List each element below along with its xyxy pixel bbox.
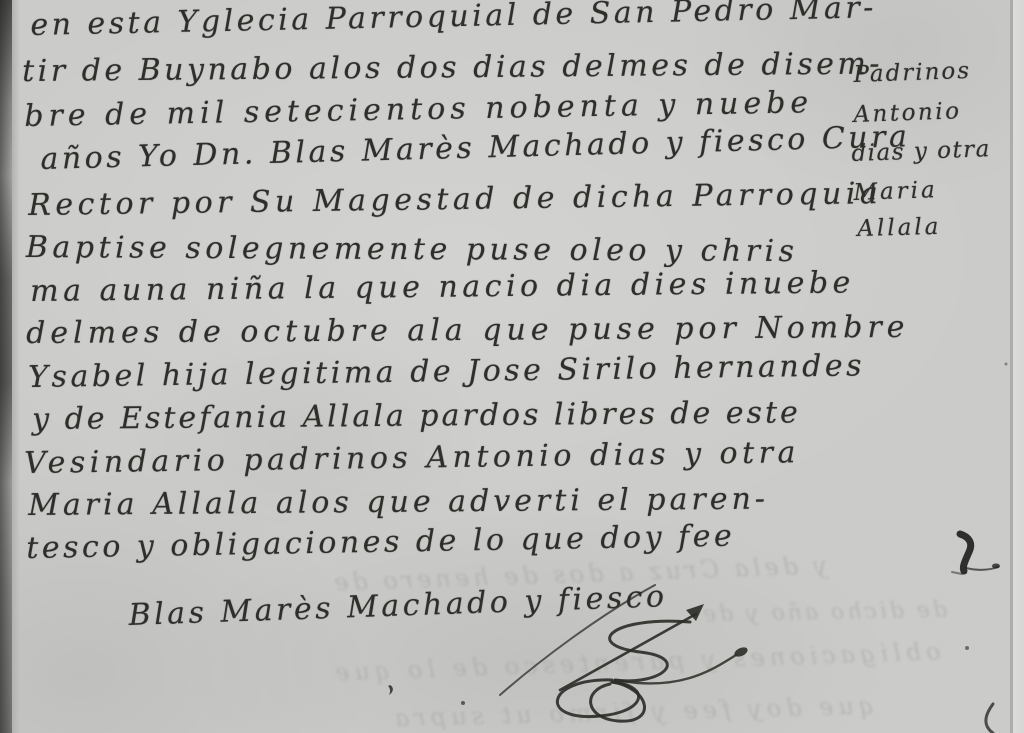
margin-line: Padrinos [853,58,972,88]
record-line: Baptise solegnemente puse oleo y chris [26,230,799,269]
ink-blot [952,534,1000,574]
binding-edge [0,0,20,733]
record-line: delmes de octubre ala que puse por Nombr… [26,310,910,351]
binding-shadow [0,0,12,733]
record-line: ma auna niña la que nacio dia dies inueb… [30,265,855,309]
page-curl-mark [986,704,993,733]
manuscript-page: y dela Cruz a dos de henero de de dicho … [0,0,1024,733]
bleedthrough-line: de dicho año y de [700,598,947,627]
record-line: tir de Buynabo alos dos dias delmes de d… [22,46,883,89]
record-line: Ysabel hija legitima de Jose Sirilo hern… [28,348,865,395]
bleedthrough-line: que doy fee y firmo ut supra [390,692,875,733]
record-line: Maria Allala alos que adverti el paren- [28,482,769,523]
margin-line: Maria [853,177,938,206]
bleedthrough-line: obligaciones y parentesco de lo que [330,637,941,686]
margin-line: Antonio [853,98,962,128]
record-line: y de Estefania Allala pardos libres de e… [32,395,801,437]
record-line: Vesindario padrinos Antonio dias y otra [24,435,800,481]
margin-line: Allala [857,214,942,242]
margin-line: dias y otra [851,136,991,167]
record-line: Rector por Su Magestad de dicha Parroqui… [28,176,883,223]
record-line: en esta Yglecia Parroquial de San Pedro … [30,0,877,43]
page-right-edge [1013,0,1024,733]
